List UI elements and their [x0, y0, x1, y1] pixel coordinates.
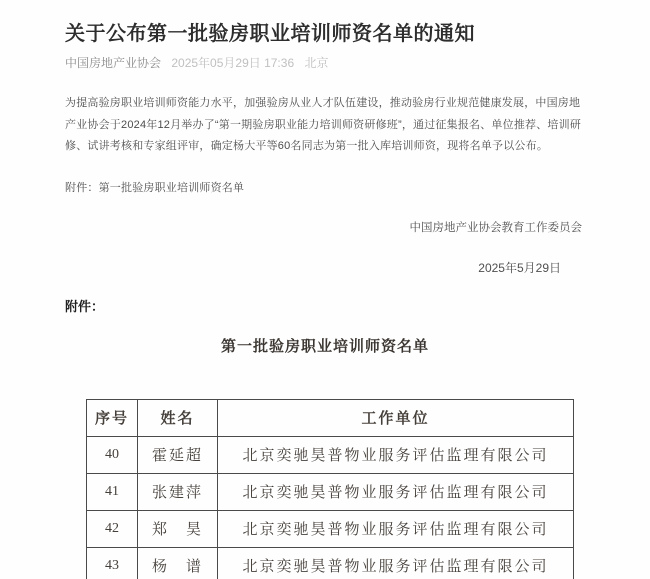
serial-number-cell: 43: [87, 547, 138, 579]
serial-number-cell: 41: [87, 473, 138, 510]
instructor-name-cell: 郑 昊: [138, 510, 218, 547]
serial-number-cell: 40: [87, 436, 138, 473]
header-serial-number: 序号: [87, 399, 138, 436]
header-name: 姓名: [138, 399, 218, 436]
article-page: 关于公布第一批验房职业培训师资名单的通知 中国房地产业协会 2025年05月29…: [0, 0, 650, 579]
header-work-unit: 工作单位: [218, 399, 574, 436]
article-source[interactable]: 中国房地产业协会: [65, 56, 161, 70]
instructor-name-cell: 杨 谱: [138, 547, 218, 579]
table-row: 41张建萍北京奕驰昊普物业服务评估监理有限公司: [87, 473, 574, 510]
table-header-row: 序号 姓名 工作单位: [87, 399, 574, 436]
instructor-roster-table: 序号 姓名 工作单位 40霍延超北京奕驰昊普物业服务评估监理有限公司41张建萍北…: [86, 399, 574, 579]
publish-time: 2025年05月29日 17:36: [171, 56, 294, 70]
appendix-label: 附件：: [65, 296, 585, 315]
article-meta: 中国房地产业协会 2025年05月29日 17:36 北京: [65, 56, 585, 71]
notice-paragraph: 为提高验房职业培训师资能力水平，加强验房从业人才队伍建设，推动验房行业规范健康发…: [65, 93, 585, 158]
instructor-name-cell: 张建萍: [138, 473, 218, 510]
publish-location: 北京: [304, 56, 328, 70]
work-unit-cell: 北京奕驰昊普物业服务评估监理有限公司: [218, 510, 574, 547]
table-row: 43杨 谱北京奕驰昊普物业服务评估监理有限公司: [87, 547, 574, 579]
attachment-reference: 附件：第一批验房职业培训师资名单: [65, 179, 585, 195]
table-row: 42郑 昊北京奕驰昊普物业服务评估监理有限公司: [87, 510, 574, 547]
issuer-signature: 中国房地产业协会教育工作委员会: [65, 219, 585, 235]
work-unit-cell: 北京奕驰昊普物业服务评估监理有限公司: [218, 473, 574, 510]
appendix-table-title: 第一批验房职业培训师资名单: [65, 335, 585, 356]
article-title: 关于公布第一批验房职业培训师资名单的通知: [65, 0, 585, 47]
table-row: 40霍延超北京奕驰昊普物业服务评估监理有限公司: [87, 436, 574, 473]
work-unit-cell: 北京奕驰昊普物业服务评估监理有限公司: [218, 547, 574, 579]
work-unit-cell: 北京奕驰昊普物业服务评估监理有限公司: [218, 436, 574, 473]
serial-number-cell: 42: [87, 510, 138, 547]
issue-date: 2025年5月29日: [65, 259, 585, 276]
instructor-name-cell: 霍延超: [138, 436, 218, 473]
